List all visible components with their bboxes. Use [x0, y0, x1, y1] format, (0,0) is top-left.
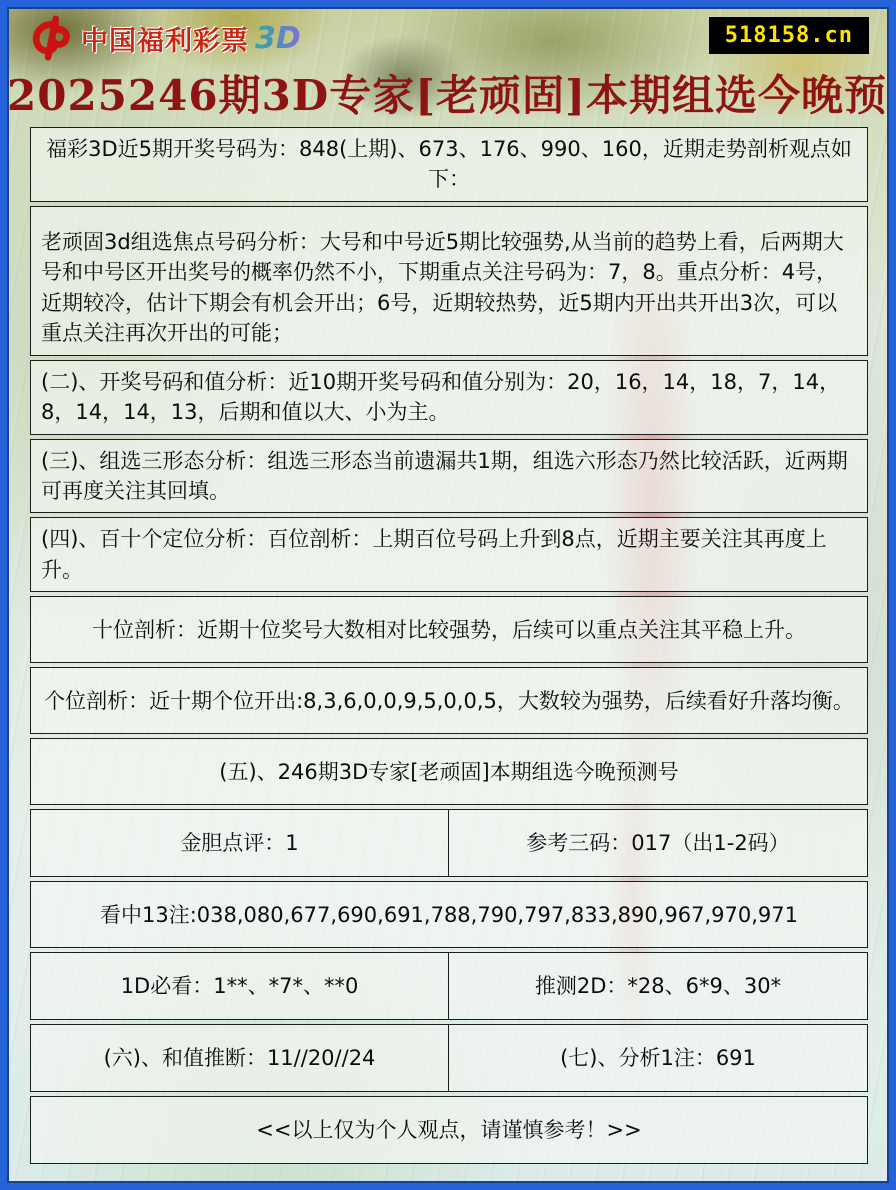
group-three-analysis-box: (三)、组选三形态分析：组选三形态当前遗漏共1期，组选六形态乃然比较活跃，近两期…	[30, 439, 868, 514]
page-title: 2025246期3D专家[老顽固]本期组选今晚预测号	[7, 63, 889, 123]
reference-three-codes-cell: 参考三码：017（出1-2码）	[449, 810, 867, 876]
cwl-logo-icon	[27, 15, 73, 61]
site-domain-badge: 518158.cn	[709, 17, 869, 54]
tens-analysis-box: 十位剖析：近期十位奖号大数相对比较强势，后续可以重点关注其平稳上升。	[30, 596, 868, 663]
focus-analysis-box: 老顽固3d组选焦点号码分析：大号和中号近5期比较强势,从当前的趋势上看，后两期大…	[30, 206, 868, 356]
units-analysis-box: 个位剖析：近十期个位开出:8,3,6,0,0,9,5,0,0,5，大数较为强势，…	[30, 667, 868, 734]
sum-prediction-row: (六)、和值推断：11//20//24 (七)、分析1注：691	[30, 1024, 868, 1092]
site-header: 中国福利彩票 3D 518158.cn	[19, 13, 879, 65]
sum-prediction-cell: (六)、和值推断：11//20//24	[31, 1025, 449, 1091]
two-d-guess-cell: 推测2D：*28、6*9、30*	[449, 953, 867, 1019]
one-d-must-see-cell: 1D必看：1**、*7*、**0	[31, 953, 449, 1019]
hundreds-analysis-box: (四)、百十个定位分析：百位剖析：上期百位号码上升到8点，近期主要关注其再度上升…	[30, 517, 868, 592]
gold-dan-row: 金胆点评：1 参考三码：017（出1-2码）	[30, 809, 868, 877]
prediction-content: 福彩3D近5期开奖号码为：848(上期)、673、176、990、160，近期走…	[30, 127, 868, 1164]
picks-13-box: 看中13注:038,080,677,690,691,788,790,797,83…	[30, 881, 868, 948]
recent-draws-box: 福彩3D近5期开奖号码为：848(上期)、673、176、990、160，近期走…	[30, 127, 868, 202]
gold-dan-cell: 金胆点评：1	[31, 810, 449, 876]
disclaimer-box: <<以上仅为个人观点，请谨慎参考！>>	[30, 1096, 868, 1164]
logo-brand-text: 中国福利彩票	[81, 19, 249, 58]
prediction-header-box: (五)、246期3D专家[老顽固]本期组选今晚预测号	[30, 738, 868, 805]
logo-product-text: 3D	[255, 21, 301, 56]
sum-value-analysis-box: (二)、开奖号码和值分析：近10期开奖号码和值分别为：20，16，14，18，7…	[30, 360, 868, 435]
lottery-logo: 中国福利彩票 3D	[27, 15, 301, 61]
one-d-two-d-row: 1D必看：1**、*7*、**0 推测2D：*28、6*9、30*	[30, 952, 868, 1020]
single-note-cell: (七)、分析1注：691	[449, 1025, 867, 1091]
